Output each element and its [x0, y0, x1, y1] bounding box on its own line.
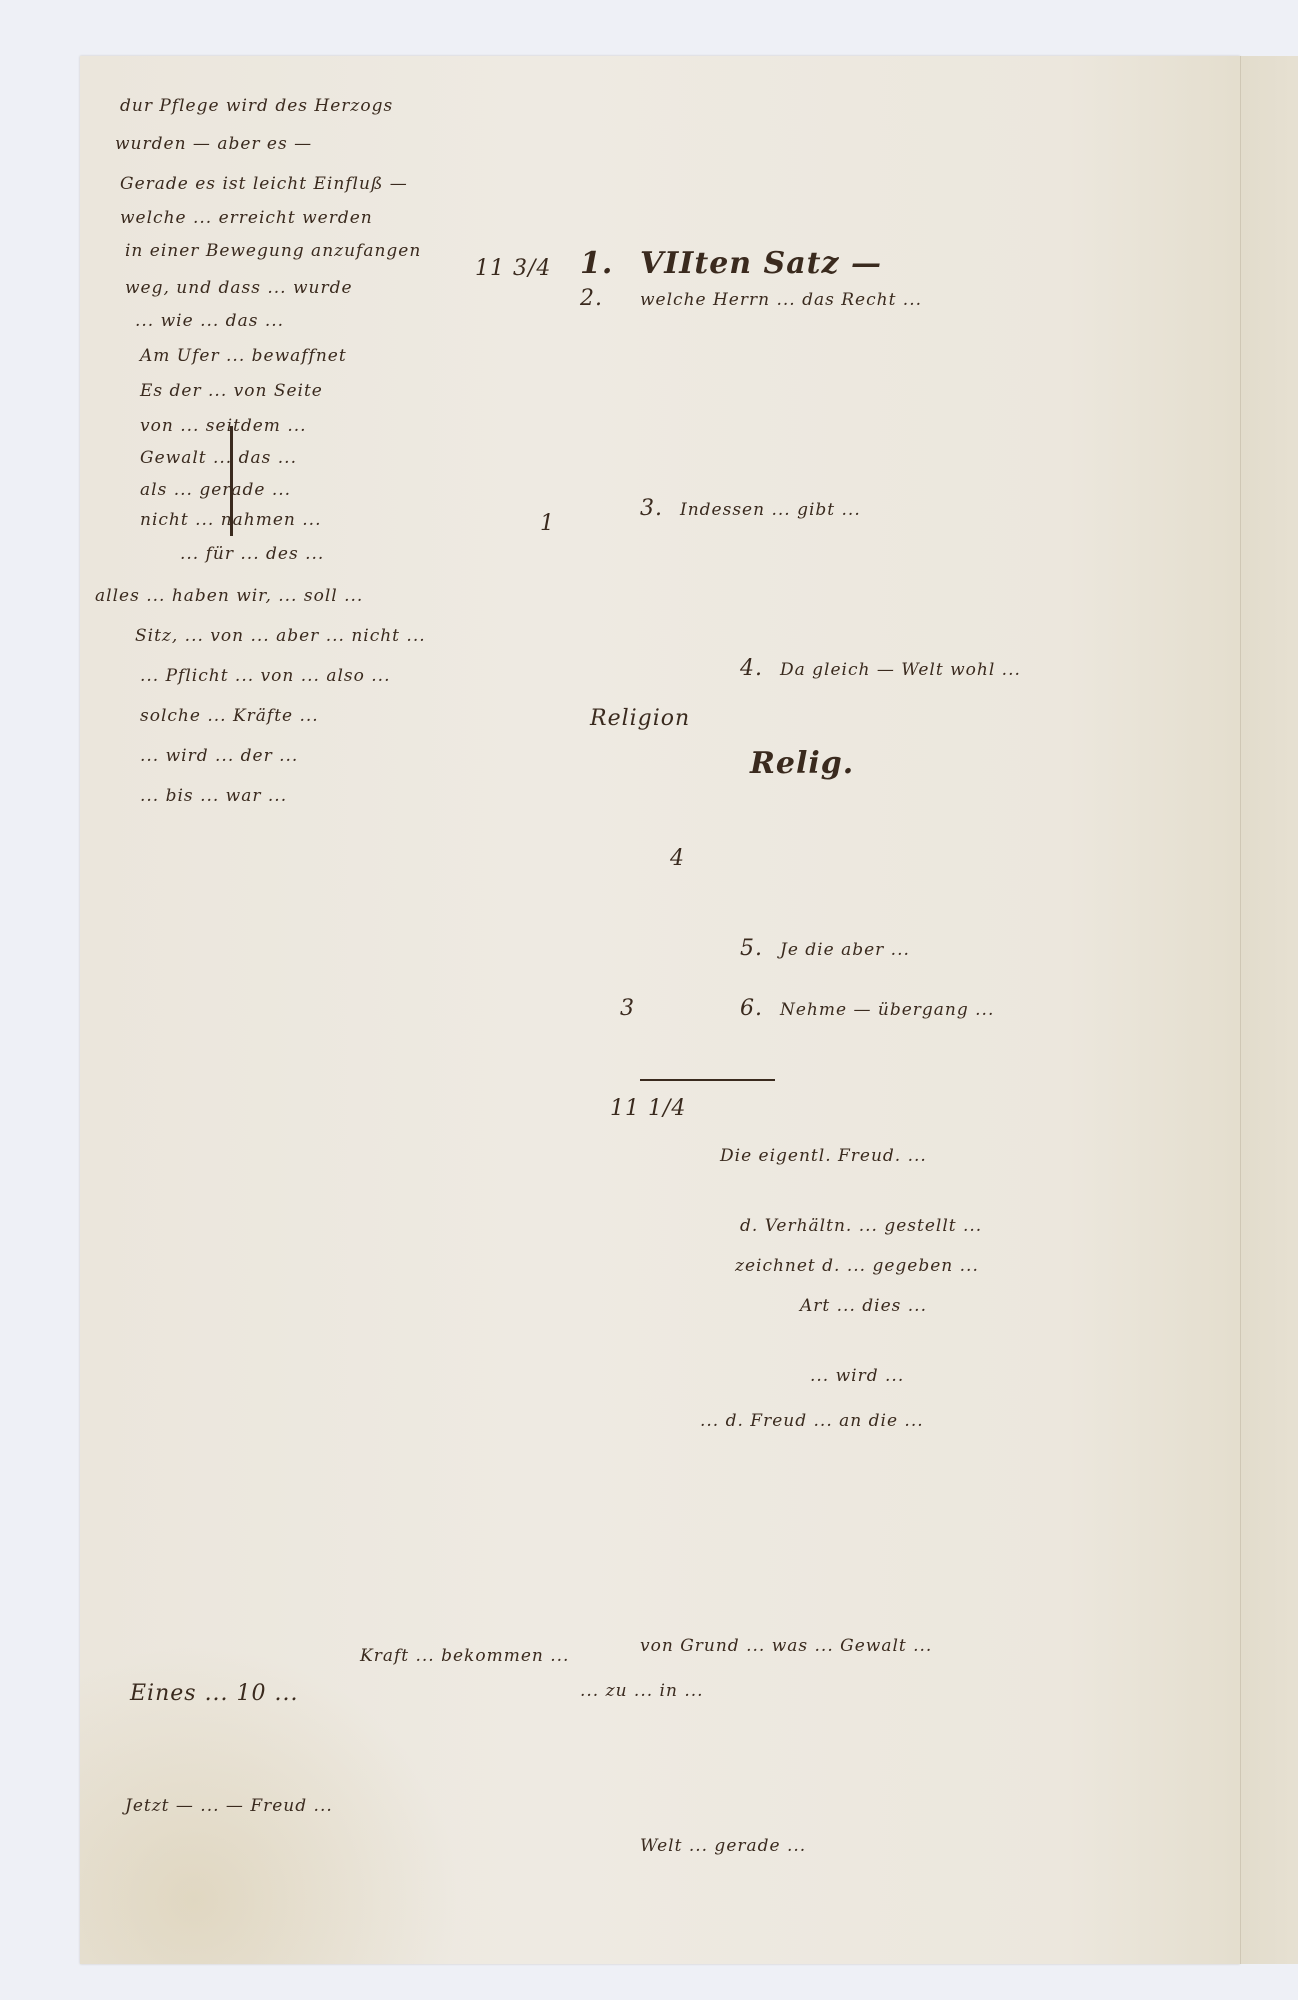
- side-label: Religion: [590, 706, 690, 731]
- text-line: ... d. Freud ... an die ...: [700, 1411, 924, 1431]
- text-line: ... wird ...: [810, 1366, 904, 1386]
- text-line: ... wird ... der ...: [140, 746, 298, 766]
- text-line: von ... seitdem ...: [140, 416, 307, 436]
- text-line: ... bis ... war ...: [140, 786, 287, 806]
- list-item-text: VIIten Satz —: [640, 246, 882, 281]
- text-line: alles ... haben wir, ... soll ...: [95, 586, 363, 606]
- list-number: 3.: [640, 496, 663, 521]
- sum-rule: [640, 1079, 775, 1081]
- text-line: Gerade es ist leicht Einfluß —: [120, 174, 408, 194]
- list-number: 1.: [580, 246, 613, 281]
- text-line: Sitz, ... von ... aber ... nicht ...: [135, 626, 426, 646]
- text-line: Eines ... 10 ...: [130, 1681, 299, 1706]
- text-line: welche ... erreicht werden: [120, 208, 373, 228]
- list-number: 4.: [740, 656, 763, 681]
- text-line: in einer Bewegung anzufangen: [125, 241, 421, 261]
- list-item-text: Indessen ... gibt ...: [680, 500, 861, 520]
- side-label: Relig.: [750, 746, 854, 781]
- list-number: 2.: [580, 286, 603, 311]
- list-item-text: welche Herrn ... das Recht ...: [640, 290, 922, 310]
- text-line: weg, und dass ... wurde: [125, 278, 353, 298]
- margin-number: 1: [540, 511, 555, 536]
- paper-edge-strip: [1240, 56, 1298, 1964]
- list-item-text: Je die aber ...: [780, 940, 910, 960]
- margin-figure: 11 3/4: [475, 256, 551, 281]
- margin-number: 3: [620, 996, 635, 1021]
- text-line: ... für ... des ...: [180, 544, 324, 564]
- text-line: zeichnet d. ... gegeben ...: [735, 1256, 979, 1276]
- text-line: von Grund ... was ... Gewalt ...: [640, 1636, 932, 1656]
- text-line: als ... gerade ...: [140, 480, 291, 500]
- text-line: Es der ... von Seite: [140, 381, 323, 401]
- text-line: Art ... dies ...: [800, 1296, 927, 1316]
- text-line: Kraft ... bekommen ...: [360, 1646, 569, 1666]
- text-line: solche ... Kräfte ...: [140, 706, 319, 726]
- text-line: Welt ... gerade ...: [640, 1836, 806, 1856]
- list-number: 6.: [740, 996, 763, 1021]
- list-number: 5.: [740, 936, 763, 961]
- list-item-text: Da gleich — Welt wohl ...: [780, 660, 1021, 680]
- text-line: Die eigentl. Freud. ...: [720, 1146, 927, 1166]
- margin-bracket: [230, 426, 233, 536]
- text-line: wurden — aber es —: [115, 134, 312, 154]
- text-line: dur Pflege wird des Herzogs: [120, 96, 393, 116]
- margin-figure: 11 1/4: [610, 1096, 686, 1121]
- manuscript-page: dur Pflege wird des Herzogs wurden — abe…: [80, 56, 1240, 1964]
- text-line: ... wie ... das ...: [135, 311, 284, 331]
- text-line: ... zu ... in ...: [580, 1681, 704, 1701]
- text-line: ... Pflicht ... von ... also ...: [140, 666, 391, 686]
- text-line: Am Ufer ... bewaffnet: [140, 346, 347, 366]
- text-line: Gewalt ... das ...: [140, 448, 297, 468]
- text-line: Jetzt — ... — Freud ...: [125, 1796, 333, 1816]
- margin-number: 4: [670, 846, 685, 871]
- list-item-text: Nehme — übergang ...: [780, 1000, 994, 1020]
- text-line: d. Verhältn. ... gestellt ...: [740, 1216, 982, 1236]
